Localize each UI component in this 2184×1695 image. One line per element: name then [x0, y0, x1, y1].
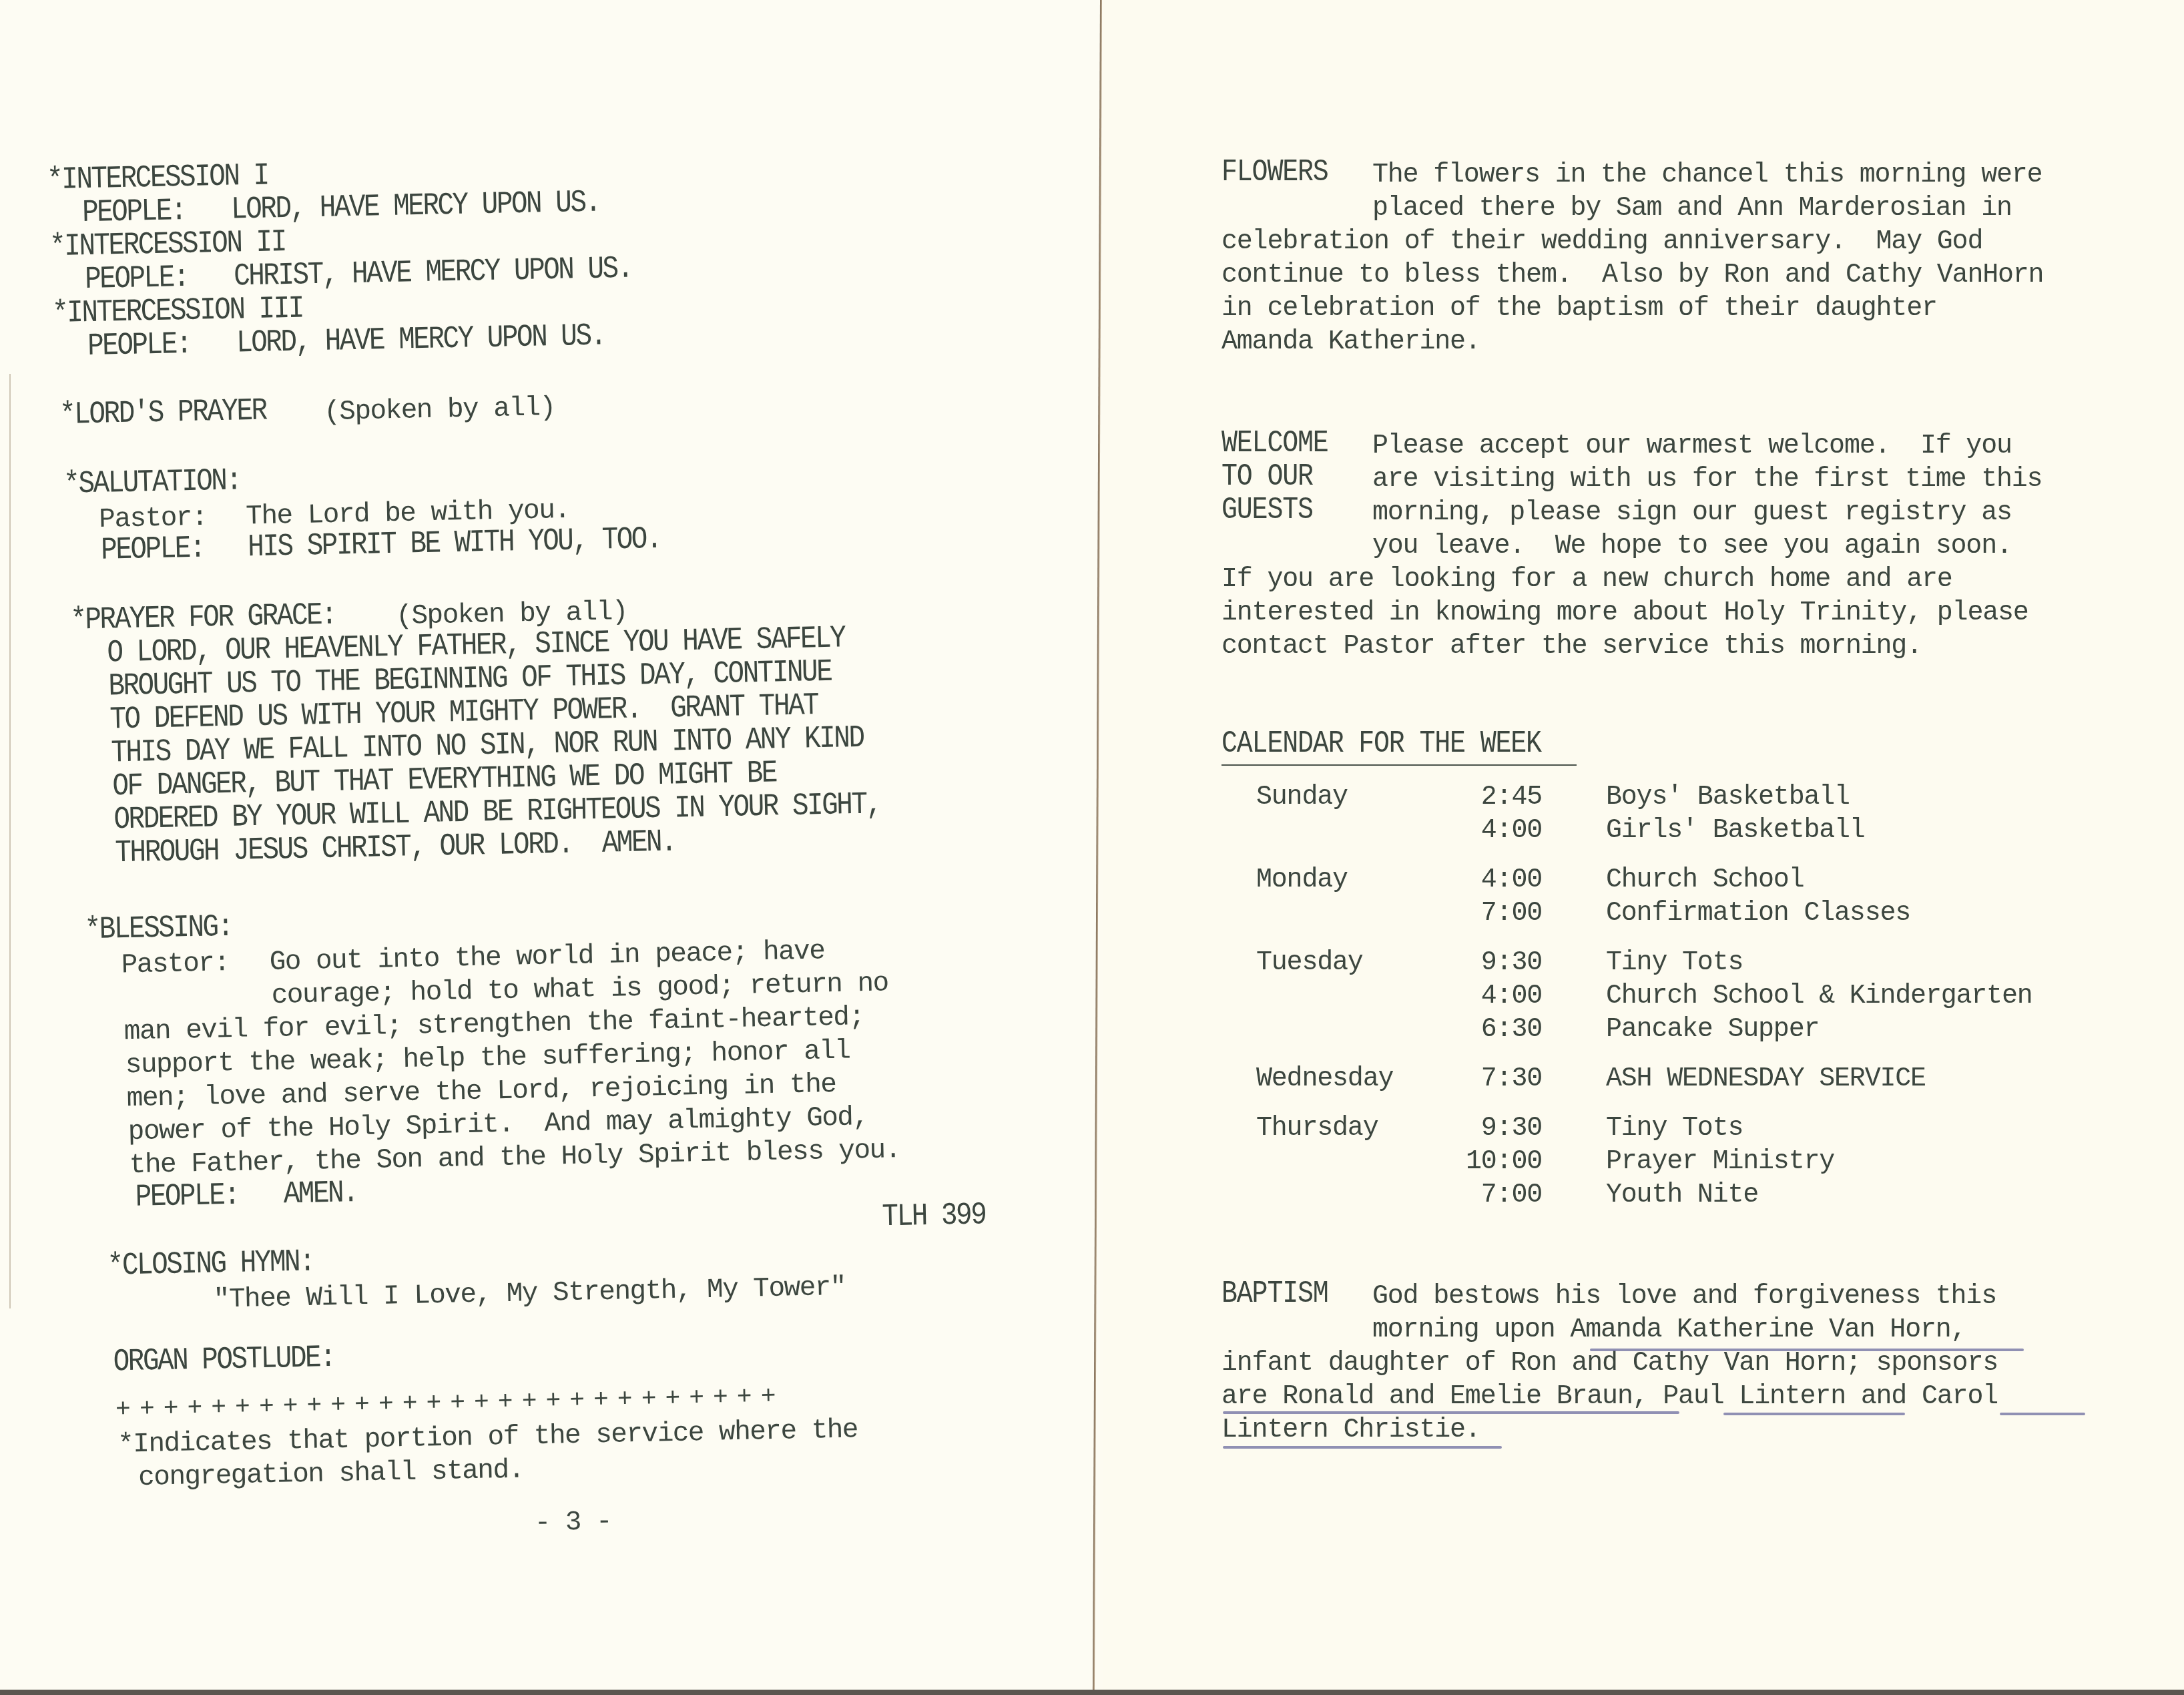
calendar-event: Youth Nite [1606, 1179, 1758, 1212]
calendar-day: Sunday [1256, 781, 1348, 814]
welcome-line: If you are looking for a new church home… [1221, 563, 1952, 597]
baptism-indented-line: morning upon Amanda Katherine Van Horn, [1372, 1314, 1966, 1347]
calendar-event: Boys' Basketball [1606, 781, 1850, 814]
calendar-event: ASH WEDNESDAY SERVICE [1606, 1063, 1926, 1096]
pencil-underline-sponsors-1 [1223, 1411, 1679, 1414]
calendar-time: 6:30 [1435, 1013, 1542, 1047]
baptism-line: Lintern Christie. [1221, 1414, 1480, 1447]
welcome-label-3: GUESTS [1221, 492, 1313, 531]
baptism-label: BAPTISM [1221, 1276, 1328, 1314]
calendar-heading: CALENDAR FOR THE WEEK [1221, 726, 1541, 764]
calendar-day: Thursday [1256, 1112, 1378, 1146]
flowers-indented-line: placed there by Sam and Ann Marderosian … [1372, 192, 2012, 226]
calendar-time: 7:00 [1435, 1179, 1542, 1212]
flowers-line: celebration of their wedding anniversary… [1221, 226, 1982, 259]
scanner-edge [0, 1690, 2184, 1695]
pencil-underline-sponsor-3b [1223, 1446, 1502, 1449]
flowers-line: continue to bless them. Also by Ron and … [1221, 259, 2043, 292]
calendar-event: Confirmation Classes [1606, 897, 1910, 931]
calendar-time: 4:00 [1435, 980, 1542, 1013]
calendar-time: 7:00 [1435, 897, 1542, 931]
calendar-event: Pancake Supper [1606, 1013, 1819, 1047]
welcome-line: contact Pastor after the service this mo… [1221, 630, 1922, 664]
calendar-time: 2:45 [1435, 781, 1542, 814]
calendar-event: Tiny Tots [1606, 947, 1743, 980]
pencil-underline-child-name [1590, 1349, 2024, 1351]
baptism-line: infant daughter of Ron and Cathy Van Hor… [1221, 1347, 1998, 1381]
baptism-first-line: God bestows his love and forgiveness thi… [1372, 1280, 1996, 1314]
flowers-line: Amanda Katherine. [1221, 326, 1480, 359]
calendar-event: Tiny Tots [1606, 1112, 1743, 1146]
flowers-line: in celebration of the baptism of their d… [1221, 292, 1937, 326]
calendar-time: 7:30 [1435, 1063, 1542, 1096]
calendar-event: Church School & Kindergarten [1606, 980, 2032, 1013]
calendar-event: Church School [1606, 864, 1804, 897]
pencil-underline-sponsor-3a [2000, 1413, 2085, 1415]
flowers-first-line: The flowers in the chancel this morning … [1372, 159, 2042, 192]
calendar-time: 9:30 [1435, 1112, 1542, 1146]
calendar-day: Monday [1256, 864, 1348, 897]
calendar-time: 9:30 [1435, 947, 1542, 980]
welcome-line: you leave. We hope to see you again soon… [1372, 530, 2012, 563]
calendar-event: Girls' Basketball [1606, 814, 1865, 848]
welcome-line: are visiting with us for the first time … [1372, 463, 2042, 497]
calendar-time: 4:00 [1435, 864, 1542, 897]
pencil-underline-sponsor-2 [1723, 1413, 1905, 1415]
welcome-label-2: TO OUR [1221, 459, 1313, 497]
calendar-event: Prayer Ministry [1606, 1146, 1834, 1179]
baptism-line: are Ronald and Emelie Braun, Paul Linter… [1221, 1381, 1998, 1414]
calendar-day: Wednesday [1256, 1063, 1393, 1096]
flowers-label: FLOWERS [1221, 154, 1328, 193]
welcome-line: Please accept our warmest welcome. If yo… [1372, 430, 2012, 463]
calendar-heading-underline [1221, 764, 1577, 766]
welcome-line: interested in knowing more about Holy Tr… [1221, 597, 2028, 630]
calendar-time: 10:00 [1435, 1146, 1542, 1179]
welcome-label-1: WELCOME [1221, 425, 1328, 464]
calendar-time: 4:00 [1435, 814, 1542, 848]
welcome-line: morning, please sign our guest registry … [1372, 497, 2012, 530]
announcements: FLOWERS The flowers in the chancel this … [0, 0, 2184, 1690]
calendar-day: Tuesday [1256, 947, 1363, 980]
